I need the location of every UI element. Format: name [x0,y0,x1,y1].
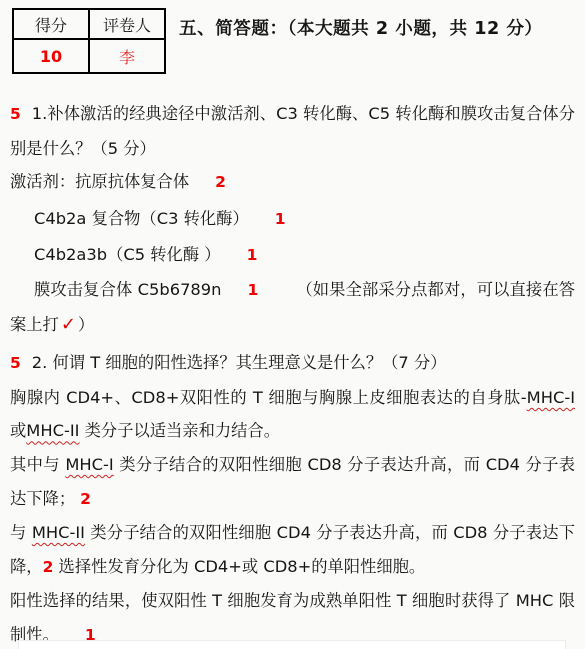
q1-answer-c5-convertase: C4b2a3b（C5 转化酶 ）1 [10,238,575,273]
q2-para-mhc2: 与 MHC-II 类分子结合的双阳性细胞 CD4 分子表达升高，而 CD8 分子… [10,516,575,584]
text-run: 类分子以适当亲和力结合。 [79,421,280,440]
score-mark: 1 [247,246,258,264]
q2-para-binding: 胸腺内 CD4+、CD8+双阳性的 T 细胞与胸腺上皮细胞表达的自身肽-MHC-… [10,381,575,448]
q2-stem: 52. 何谓 T 细胞的阳性选择？其生理意义是什么？（7 分） [10,346,575,381]
q2-para-mhc1: 其中与 MHC-I 类分子结合的双阳性细胞 CD8 分子表达升高，而 CD4 分… [10,448,575,516]
grader-value: 李 [89,39,165,73]
section-title: 五、简答题：（本大题共 2 小题，共 12 分） [179,17,543,42]
q2-stem-text: 2. 何谓 T 细胞的阳性选择？其生理意义是什么？（7 分） [32,353,447,372]
score-header-cell: 得分 [13,9,89,39]
score-mark: 2 [215,173,226,191]
q1-answer-mac: 膜攻击复合体 C5b6789n1（如果全部采分点都对，可以直接在答案上打✓） [10,273,575,341]
q2-score-mark: 5 [10,354,21,372]
answer-text: C4b2a 复合物（C3 转化酶） [34,209,249,228]
text-run: 与 [10,523,32,542]
score-value: 10 [13,39,89,73]
score-mark: 2 [43,558,54,576]
grader-note-close: ） [78,315,94,334]
page-header: 得分 评卷人 10 李 五、简答题：（本大题共 2 小题，共 12 分） [10,8,575,74]
answer-text: 激活剂：抗原抗体复合体 [10,172,189,191]
q1-score-mark: 5 [10,105,21,123]
q1-answer-activator: 激活剂：抗原抗体复合体2 [10,165,575,200]
mhc1-term: MHC-I [527,388,575,407]
score-mark: 1 [275,210,286,228]
score-mark: 1 [247,281,258,299]
text-run: 或 [10,421,26,440]
mhc1-term: MHC-I [65,455,113,474]
next-section-box [18,640,566,649]
q1-stem: 51.补体激活的经典途径中激活剂、C3 转化酶、C5 转化酶和膜攻击复合体分别是… [10,97,575,165]
mhc2-term: MHC-II [32,523,85,542]
checkmark-icon: ✓ [61,314,76,335]
q1-stem-text: 1.补体激活的经典途径中激活剂、C3 转化酶、C5 转化酶和膜攻击复合体分别是什… [10,104,575,158]
page: 得分 评卷人 10 李 五、简答题：（本大题共 2 小题，共 12 分） 51.… [0,0,585,649]
text-run: 选择性发育分化为 CD4+或 CD8+的单阳性细胞。 [53,557,425,576]
score-mark: 2 [80,490,91,508]
q1-answer-c3-convertase: C4b2a 复合物（C3 转化酶）1 [10,202,575,237]
answer-text: C4b2a3b（C5 转化酶 ） [34,245,221,264]
grader-header-cell: 评卷人 [89,9,165,39]
mhc2-term: MHC-II [26,421,79,440]
text-run: 其中与 [10,455,65,474]
score-table: 得分 评卷人 10 李 [12,8,166,74]
answer-text: 膜攻击复合体 C5b6789n [34,280,221,299]
text-run: 胸腺内 CD4+、CD8+双阳性的 T 细胞与胸腺上皮细胞表达的自身肽- [10,388,527,407]
